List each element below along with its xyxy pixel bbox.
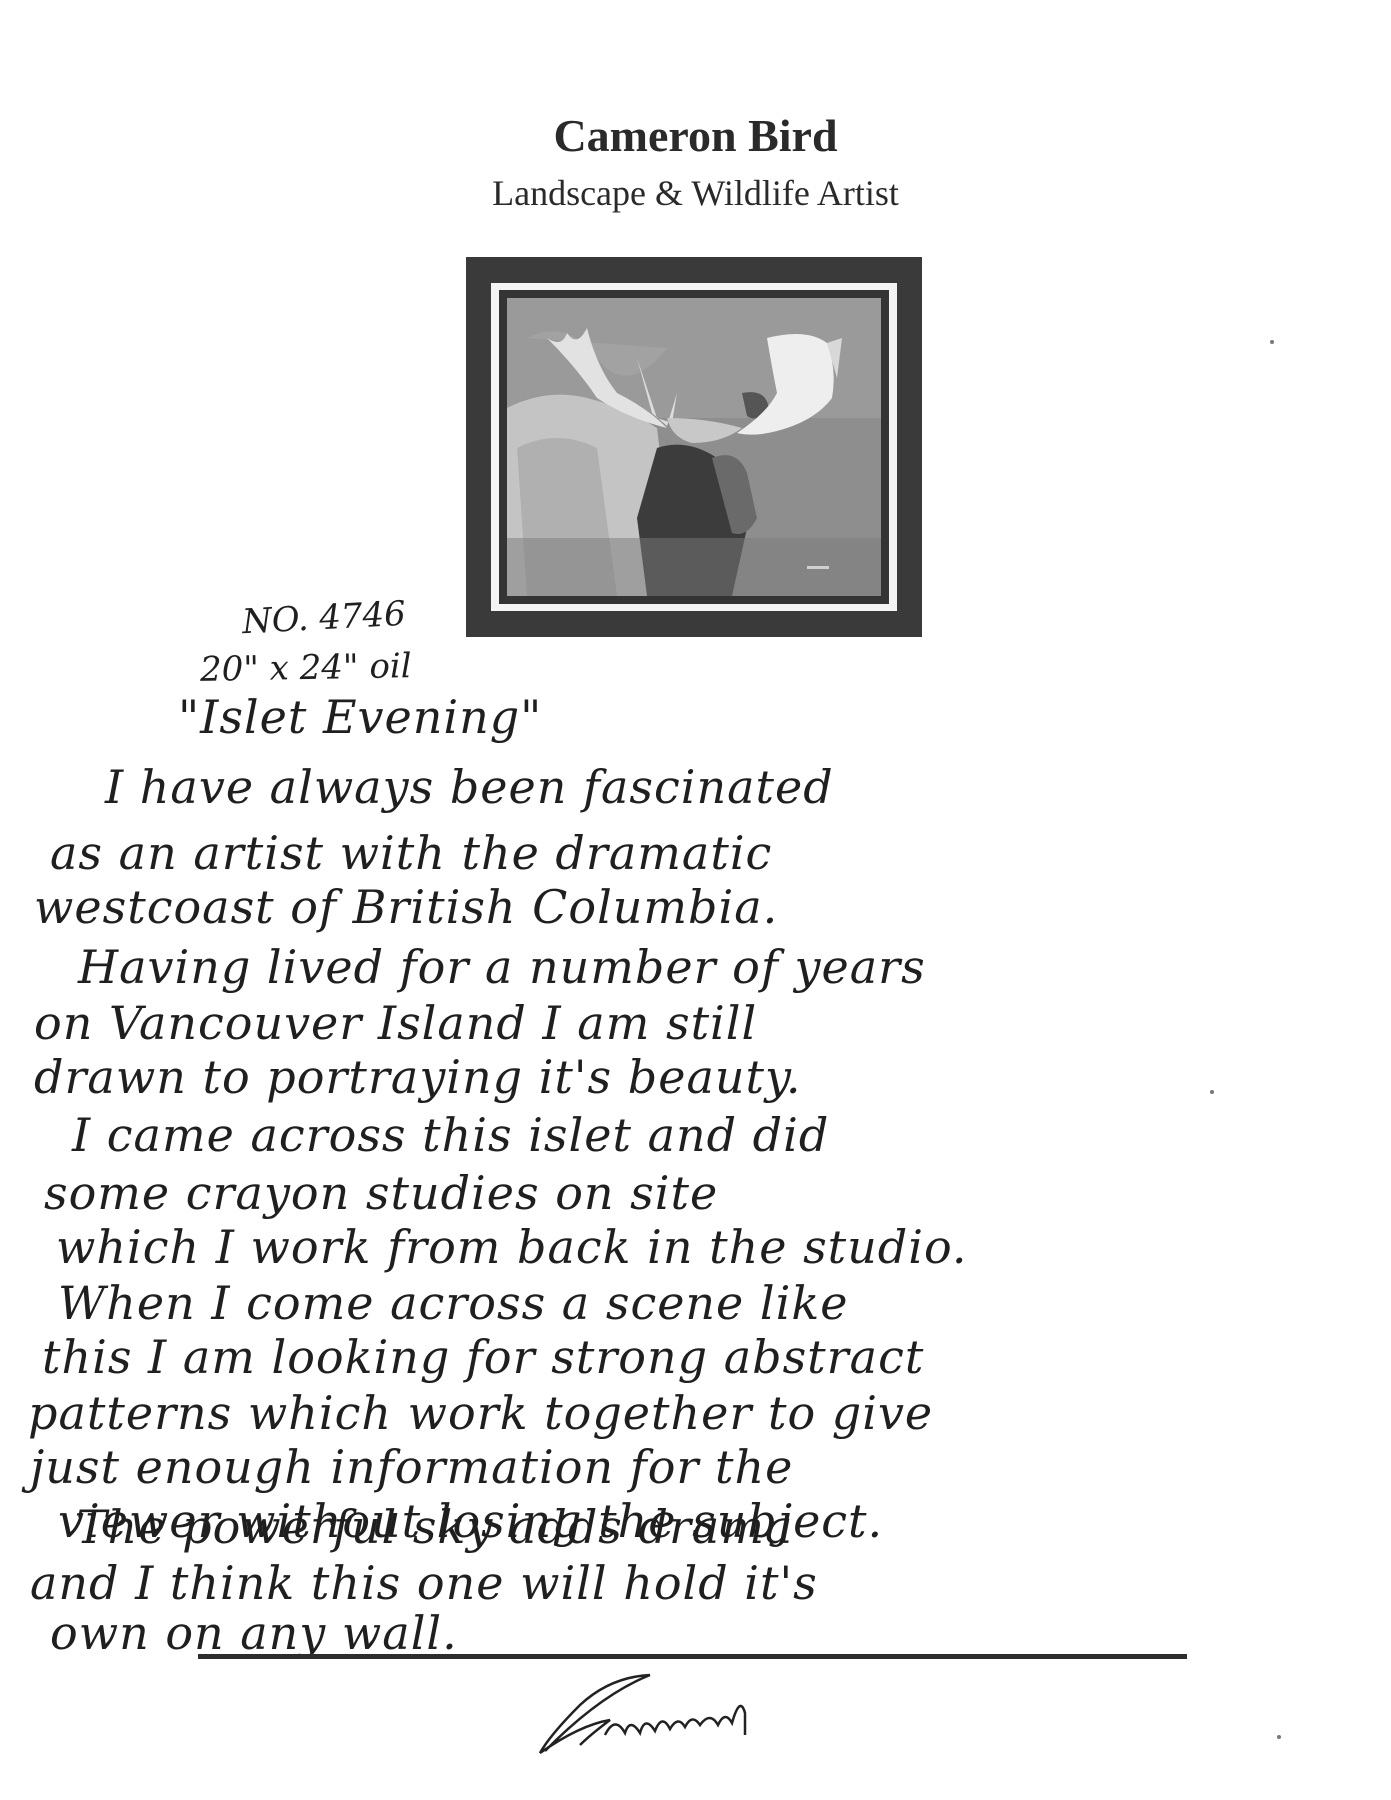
letter-line: The powerful sky adds drama [76,1500,793,1554]
letter-line: this I am looking for strong abstract [42,1330,924,1384]
letter-line: I came across this islet and did [72,1108,829,1162]
artwork-number: NO. 4746 [241,594,407,643]
artist-subtitle: Landscape & Wildlife Artist [0,170,1391,216]
signature-scribble [520,1665,920,1755]
letter-line: Having lived for a number of years [78,940,926,994]
letter-line: drawn to portraying it's beauty. [34,1050,801,1104]
letter-line: as an artist with the dramatic [50,826,772,880]
artwork-size-medium: 20" x 24" oil [200,646,412,690]
artwork-title: "Islet Evening" [178,690,542,744]
letter-line: When I come across a scene like [58,1276,848,1330]
letter-line: westcoast of British Columbia. [34,880,778,934]
scan-speck [1270,340,1274,344]
letter-line: just enough information for the [30,1440,793,1494]
artist-name: Cameron Bird [0,108,1391,164]
scan-speck [1210,1090,1214,1094]
artwork-frame [466,257,922,637]
letter-line: on Vancouver Island I am still [34,996,757,1050]
letter-line: own on any wall. [50,1606,458,1660]
moose-painting [507,298,881,596]
letter-line: which I work from back in the studio. [56,1220,967,1274]
scan-speck [1277,1735,1281,1739]
letter-line: some crayon studies on site [44,1166,718,1220]
moose-painting-image [507,298,881,596]
letter-line: and I think this one will hold it's [30,1556,818,1610]
letter-line: I have always been fascinated [105,760,834,814]
letterhead: Cameron Bird Landscape & Wildlife Artist [0,108,1391,216]
letter-line: patterns which work together to give [28,1386,933,1440]
signature-rule [198,1654,1187,1659]
signature [520,1665,920,1755]
